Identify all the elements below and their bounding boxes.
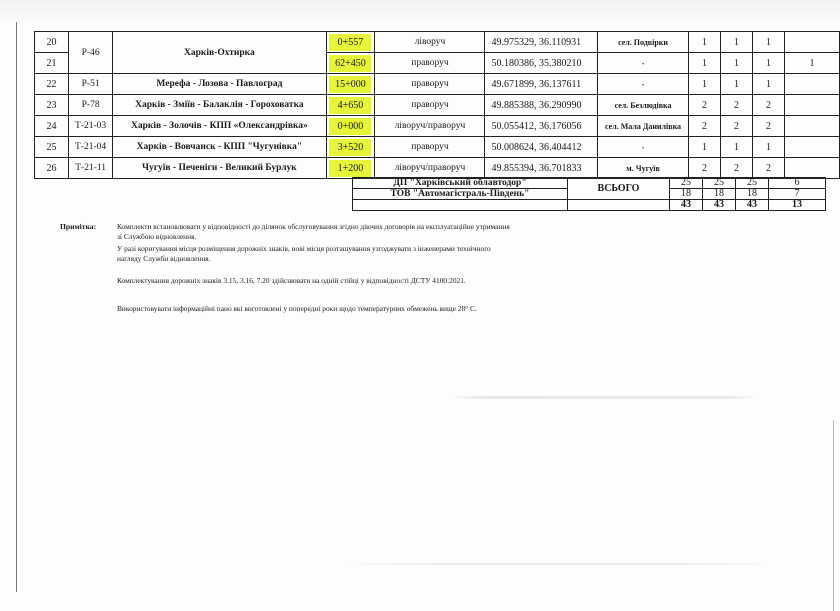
road-name: Чугуїв - Печеніги - Великий Бурлук [113, 158, 326, 179]
km-marker-highlight: 0+557 [329, 34, 371, 51]
count-col-1: 2 [689, 116, 721, 137]
road-side: праворуч [375, 74, 485, 95]
coordinates: 49.671899, 36.137611 [485, 74, 598, 95]
note-line: зі Службою відновлення. [117, 232, 577, 242]
count-col-2: 1 [721, 74, 753, 95]
road-name: Харків - Золочів - КПП «Олександрівка» [113, 116, 326, 137]
count-col-4 [784, 137, 839, 158]
row-number: 21 [35, 53, 69, 74]
road-side: праворуч [375, 137, 485, 158]
coordinates: 50.180386, 35.380210 [485, 53, 598, 74]
table-row: 20 Р-46 Харків-Охтирка 0+557 ліворуч 49.… [35, 32, 840, 53]
km-marker-highlight: 15+000 [329, 76, 371, 93]
road-side: ліворуч/праворуч [375, 158, 485, 179]
road-code: Т-21-03 [69, 116, 113, 137]
road-side: ліворуч [375, 32, 485, 53]
road-name: Харків - Зміїв - Балаклія - Гороховатка [113, 95, 326, 116]
notes-label: Примітка: [60, 222, 96, 232]
total-col-1: 25 [670, 178, 703, 189]
total-col-4: 7 [769, 189, 826, 200]
count-col-2: 2 [721, 116, 753, 137]
count-col-4 [784, 158, 839, 179]
table-row: 25 Т-21-04 Харків - Вовчанск - КПП "Чугу… [35, 137, 840, 158]
organization-name: ТОВ "Автомагістраль-Південь" [353, 189, 568, 200]
road-code: Т-21-11 [69, 158, 113, 179]
total-col-2: 25 [703, 178, 736, 189]
row-number: 24 [35, 116, 69, 137]
row-number: 20 [35, 32, 69, 53]
settlement: м. Чугуїв [598, 158, 689, 179]
road-code: Р-78 [69, 95, 113, 116]
note-line: нагляду Служби відновлення. [117, 254, 577, 264]
settlement: сел. Мала Данилівка [598, 116, 689, 137]
km-marker: 3+520 [326, 137, 375, 158]
total-col-3: 25 [736, 178, 769, 189]
row-number: 23 [35, 95, 69, 116]
table-row: 24 Т-21-03 Харків - Золочів - КПП «Олекс… [35, 116, 840, 137]
km-marker-highlight: 1+200 [329, 160, 371, 177]
road-name: Харків-Охтирка [113, 32, 326, 74]
settlement: сел. Безлюдівка [598, 95, 689, 116]
road-side: ліворуч/праворуч [375, 116, 485, 137]
total-col-3: 18 [736, 189, 769, 200]
settlement: - [598, 53, 689, 74]
total-label: ВСЬОГО [568, 178, 670, 200]
note-line: У разі коригування місця розміщення доро… [117, 244, 577, 254]
road-side: праворуч [375, 53, 485, 74]
count-col-2: 1 [721, 53, 753, 74]
coordinates: 49.855394, 36.701833 [485, 158, 598, 179]
count-col-4 [784, 116, 839, 137]
count-col-3: 1 [752, 137, 784, 158]
notes-body: Комплекти встановлювати у відповідності … [117, 222, 577, 314]
total-col-1: 18 [670, 189, 703, 200]
km-marker: 15+000 [326, 74, 375, 95]
empty-cell [568, 200, 670, 211]
table-row: 23 Р-78 Харків - Зміїв - Балаклія - Горо… [35, 95, 840, 116]
table-row: 22 Р-51 Мерефа - Лозова - Павлоград 15+0… [35, 74, 840, 95]
km-marker-highlight: 3+520 [329, 139, 371, 156]
count-col-3: 2 [752, 116, 784, 137]
grand-total-row: 43 43 43 13 [353, 200, 826, 211]
road-signs-table: 20 Р-46 Харків-Охтирка 0+557 ліворуч 49.… [34, 31, 840, 179]
table-row: 26 Т-21-11 Чугуїв - Печеніги - Великий Б… [35, 158, 840, 179]
total-col-2: 43 [703, 200, 736, 211]
count-col-4: 1 [784, 53, 839, 74]
km-marker: 1+200 [326, 158, 375, 179]
organization-name: ДП "Харківський облавтодор" [353, 178, 568, 189]
road-name: Харків - Вовчанск - КПП "Чугунівка" [113, 137, 326, 158]
settlement: - [598, 137, 689, 158]
count-col-2: 2 [721, 158, 753, 179]
coordinates: 49.885388, 36.290990 [485, 95, 598, 116]
km-marker: 4+650 [326, 95, 375, 116]
count-col-4 [784, 32, 839, 53]
total-col-2: 18 [703, 189, 736, 200]
settlement: - [598, 74, 689, 95]
total-col-4: 13 [769, 200, 826, 211]
coordinates: 50.008624, 36.404412 [485, 137, 598, 158]
totals-table: ДП "Харківський облавтодор" ВСЬОГО 25 25… [352, 177, 826, 211]
km-marker-highlight: 4+650 [329, 97, 371, 114]
row-number: 22 [35, 74, 69, 95]
count-col-3: 2 [752, 158, 784, 179]
note-line: Використовувати інформаційні пано які ви… [117, 304, 577, 314]
row-number: 25 [35, 137, 69, 158]
coordinates: 49.975329, 36.110931 [485, 32, 598, 53]
count-col-1: 1 [689, 53, 721, 74]
km-marker: 0+000 [326, 116, 375, 137]
coordinates: 50.055412, 36.176056 [485, 116, 598, 137]
count-col-2: 2 [721, 95, 753, 116]
count-col-1: 2 [689, 95, 721, 116]
road-code: Р-51 [69, 74, 113, 95]
km-marker-highlight: 62+450 [329, 55, 371, 72]
km-marker-highlight: 0+000 [329, 118, 371, 135]
road-name: Мерефа - Лозова - Павлоград [113, 74, 326, 95]
count-col-1: 2 [689, 158, 721, 179]
count-col-3: 1 [752, 74, 784, 95]
total-col-1: 43 [670, 200, 703, 211]
road-code: Т-21-04 [69, 137, 113, 158]
note-line: Комплектування дорожніх знаків 3.15, 3.1… [117, 276, 577, 286]
count-col-2: 1 [721, 32, 753, 53]
totals-row: ДП "Харківський облавтодор" ВСЬОГО 25 25… [353, 178, 826, 189]
row-number: 26 [35, 158, 69, 179]
settlement: сел. Подвірки [598, 32, 689, 53]
km-marker: 0+557 [326, 32, 375, 53]
road-code: Р-46 [69, 32, 113, 74]
total-col-4: 6 [769, 178, 826, 189]
page-left-edge [16, 22, 17, 592]
faint-bleed-through [450, 396, 760, 399]
count-col-3: 1 [752, 32, 784, 53]
count-col-4 [784, 74, 839, 95]
total-col-3: 43 [736, 200, 769, 211]
count-col-2: 1 [721, 137, 753, 158]
km-marker: 62+450 [326, 53, 375, 74]
faint-bleed-through [350, 563, 770, 565]
scan-top-margin [0, 0, 840, 22]
count-col-3: 2 [752, 95, 784, 116]
count-col-1: 1 [689, 137, 721, 158]
count-col-3: 1 [752, 53, 784, 74]
count-col-1: 1 [689, 74, 721, 95]
road-side: праворуч [375, 95, 485, 116]
note-line: Комплекти встановлювати у відповідності … [117, 222, 577, 232]
page-right-edge [833, 420, 834, 611]
count-col-1: 1 [689, 32, 721, 53]
organization-name [353, 200, 568, 211]
count-col-4 [784, 95, 839, 116]
